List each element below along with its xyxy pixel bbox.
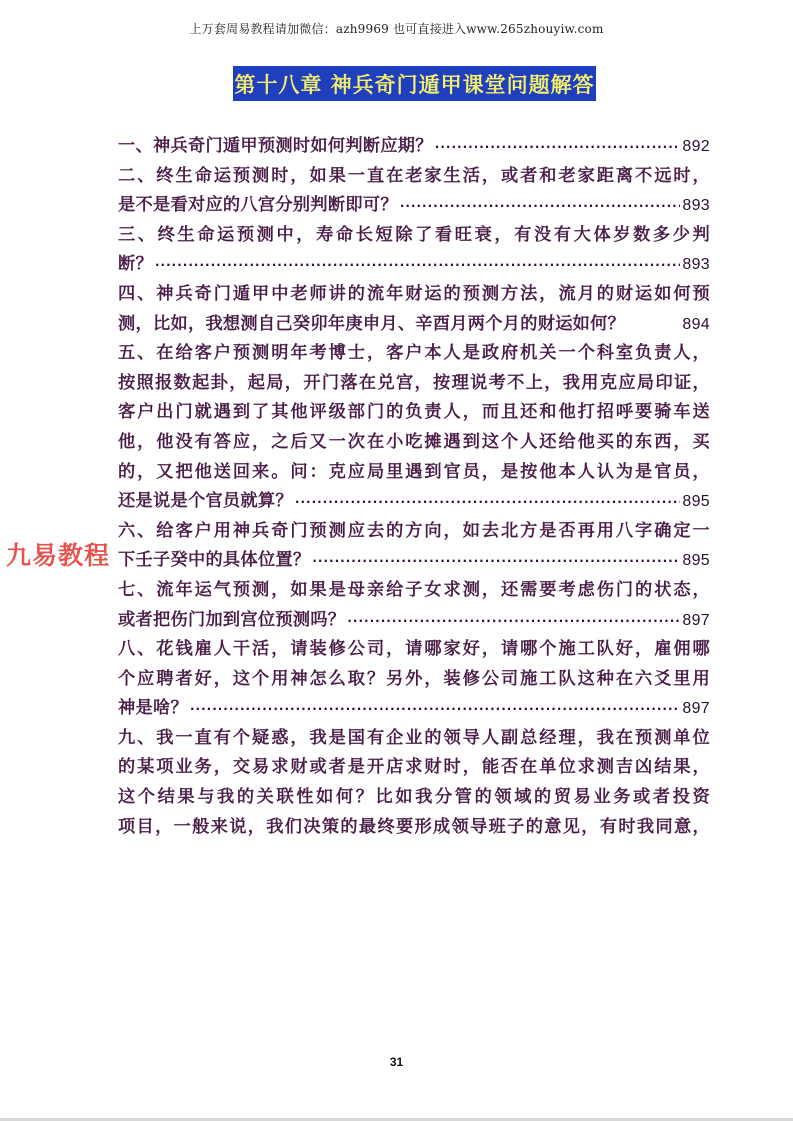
toc-line: 二、终生命运预测时，如果一直在老家生活，或者和老家距离不远时， (118, 162, 710, 192)
dot-leader (347, 607, 680, 637)
toc-line: 断？893 (118, 250, 710, 280)
toc-page-number: 893 (682, 250, 710, 280)
toc-line: 七、流年运气预测，如果是母亲给子女求测，还需要考虑伤门的状态， (118, 576, 710, 606)
page-number: 31 (0, 1055, 793, 1069)
toc-line: 他，他没有答应，之后又一次在小吃摊遇到这个人还给他买的东西，买 (118, 428, 710, 458)
toc-line-text: 七、流年运气预测，如果是母亲给子女求测，还需要考虑伤门的状态， (118, 576, 710, 606)
toc-line-text: 二、终生命运预测时，如果一直在老家生活，或者和老家距离不远时， (118, 162, 710, 192)
toc-line-text: 一、神兵奇门遁甲预测时如何判断应期？ (118, 132, 433, 162)
toc-line: 是不是看对应的八宫分别判断即可？893 (118, 191, 710, 221)
toc-line-text: 个应聘者好，这个用神怎么取？另外，装修公司施工队这种在六爻里用 (118, 665, 710, 695)
toc-line: 三、终生命运预测中，寿命长短除了看旺衰，有没有大体岁数多少判 (118, 221, 710, 251)
document-page: 上万套周易教程请加微信：azh9969 也可直接进入www.265zhouyiw… (0, 0, 793, 1121)
toc-line-text: 八、花钱雇人干活，请装修公司，请哪家好，请哪个施工队好，雇佣哪 (118, 635, 710, 665)
toc-line-text: 还是说是个官员就算？ (118, 487, 293, 517)
toc-line-text: 这个结果与我的关联性如何？比如我分管的领域的贸易业务或者投资 (118, 783, 710, 813)
toc-line-text: 项目，一般来说，我们决策的最终要形成领导班子的意见，有时我同意， (118, 813, 710, 843)
toc-line: 还是说是个官员就算？895 (118, 487, 710, 517)
toc-page-number: 897 (682, 606, 710, 636)
watermark: 九易教程 (6, 536, 113, 572)
toc-line-text: 的，又把他送回来。问：克应局里遇到官员，是按他本人认为是官员， (118, 458, 710, 488)
toc-line: 或者把伤门加到宫位预测吗？897 (118, 606, 710, 636)
dot-leader (190, 695, 680, 725)
dot-leader (312, 547, 680, 577)
toc-page-number: 897 (682, 694, 710, 724)
toc-line: 九、我一直有个疑惑，我是国有企业的领导人副总经理，我在预测单位 (118, 724, 710, 754)
toc-line-text: 断？ (118, 250, 153, 280)
toc-line: 这个结果与我的关联性如何？比如我分管的领域的贸易业务或者投资 (118, 783, 710, 813)
header-note: 上万套周易教程请加微信：azh9969 也可直接进入www.265zhouyiw… (0, 20, 793, 37)
chapter-title-banner: 第十八章 神兵奇门遁甲课堂问题解答 (233, 66, 596, 101)
toc-line-text: 九、我一直有个疑惑，我是国有企业的领导人副总经理，我在预测单位 (118, 724, 710, 754)
toc-page-number: 895 (682, 546, 710, 576)
toc-line-text: 下壬子癸中的具体位置？ (118, 546, 310, 576)
dot-leader (155, 251, 680, 281)
toc-line-text: 神是啥？ (118, 694, 188, 724)
toc-line-text: 或者把伤门加到宫位预测吗？ (118, 606, 345, 636)
toc-line-text: 五、在给客户预测明年考博士，客户本人是政府机关一个科室负责人， (118, 339, 710, 369)
table-of-contents: 一、神兵奇门遁甲预测时如何判断应期？892二、终生命运预测时，如果一直在老家生活… (118, 132, 710, 842)
toc-line: 下壬子癸中的具体位置？895 (118, 546, 710, 576)
toc-line: 个应聘者好，这个用神怎么取？另外，装修公司施工队这种在六爻里用 (118, 665, 710, 695)
toc-line-text: 的某项业务，交易求财或者是开店求财时，能否在单位求测吉凶结果， (118, 753, 710, 783)
toc-line: 六、给客户用神兵奇门预测应去的方向，如去北方是否再用八字确定一 (118, 517, 710, 547)
toc-line-text: 按照报数起卦，起局，开门落在兑宫，按理说考不上，我用克应局印证， (118, 369, 710, 399)
toc-page-number: 895 (682, 487, 710, 517)
toc-line-text: 三、终生命运预测中，寿命长短除了看旺衰，有没有大体岁数多少判 (118, 221, 710, 251)
dot-leader (400, 192, 681, 222)
toc-line: 八、花钱雇人干活，请装修公司，请哪家好，请哪个施工队好，雇佣哪 (118, 635, 710, 665)
dot-leader (435, 133, 681, 163)
toc-line: 按照报数起卦，起局，开门落在兑宫，按理说考不上，我用克应局印证， (118, 369, 710, 399)
dot-leader (295, 488, 681, 518)
toc-page-number: 892 (682, 132, 710, 162)
toc-line: 神是啥？897 (118, 694, 710, 724)
toc-line-text: 客户出门就遇到了其他评级部门的负责人，而且还和他打招呼要骑车送 (118, 398, 710, 428)
toc-page-number: 894 (682, 310, 710, 340)
toc-line: 四、神兵奇门遁甲中老师讲的流年财运的预测方法，流月的财运如何预 (118, 280, 710, 310)
toc-line: 测，比如，我想测自己癸卯年庚申月、辛酉月两个月的财运如何？894 (118, 310, 710, 340)
toc-line: 的，又把他送回来。问：克应局里遇到官员，是按他本人认为是官员， (118, 458, 710, 488)
toc-line-text: 是不是看对应的八宫分别判断即可？ (118, 191, 398, 221)
toc-line-text: 四、神兵奇门遁甲中老师讲的流年财运的预测方法，流月的财运如何预 (118, 280, 710, 310)
toc-line: 一、神兵奇门遁甲预测时如何判断应期？892 (118, 132, 710, 162)
toc-line: 五、在给客户预测明年考博士，客户本人是政府机关一个科室负责人， (118, 339, 710, 369)
toc-line-text: 六、给客户用神兵奇门预测应去的方向，如去北方是否再用八字确定一 (118, 517, 710, 547)
toc-line: 项目，一般来说，我们决策的最终要形成领导班子的意见，有时我同意， (118, 813, 710, 843)
toc-page-number: 893 (682, 191, 710, 221)
toc-line-text: 他，他没有答应，之后又一次在小吃摊遇到这个人还给他买的东西，买 (118, 428, 710, 458)
toc-line: 客户出门就遇到了其他评级部门的负责人，而且还和他打招呼要骑车送 (118, 398, 710, 428)
toc-line: 的某项业务，交易求财或者是开店求财时，能否在单位求测吉凶结果， (118, 753, 710, 783)
chapter-title: 第十八章 神兵奇门遁甲课堂问题解答 (234, 69, 594, 99)
toc-line-text: 测，比如，我想测自己癸卯年庚申月、辛酉月两个月的财运如何？ (118, 310, 625, 340)
